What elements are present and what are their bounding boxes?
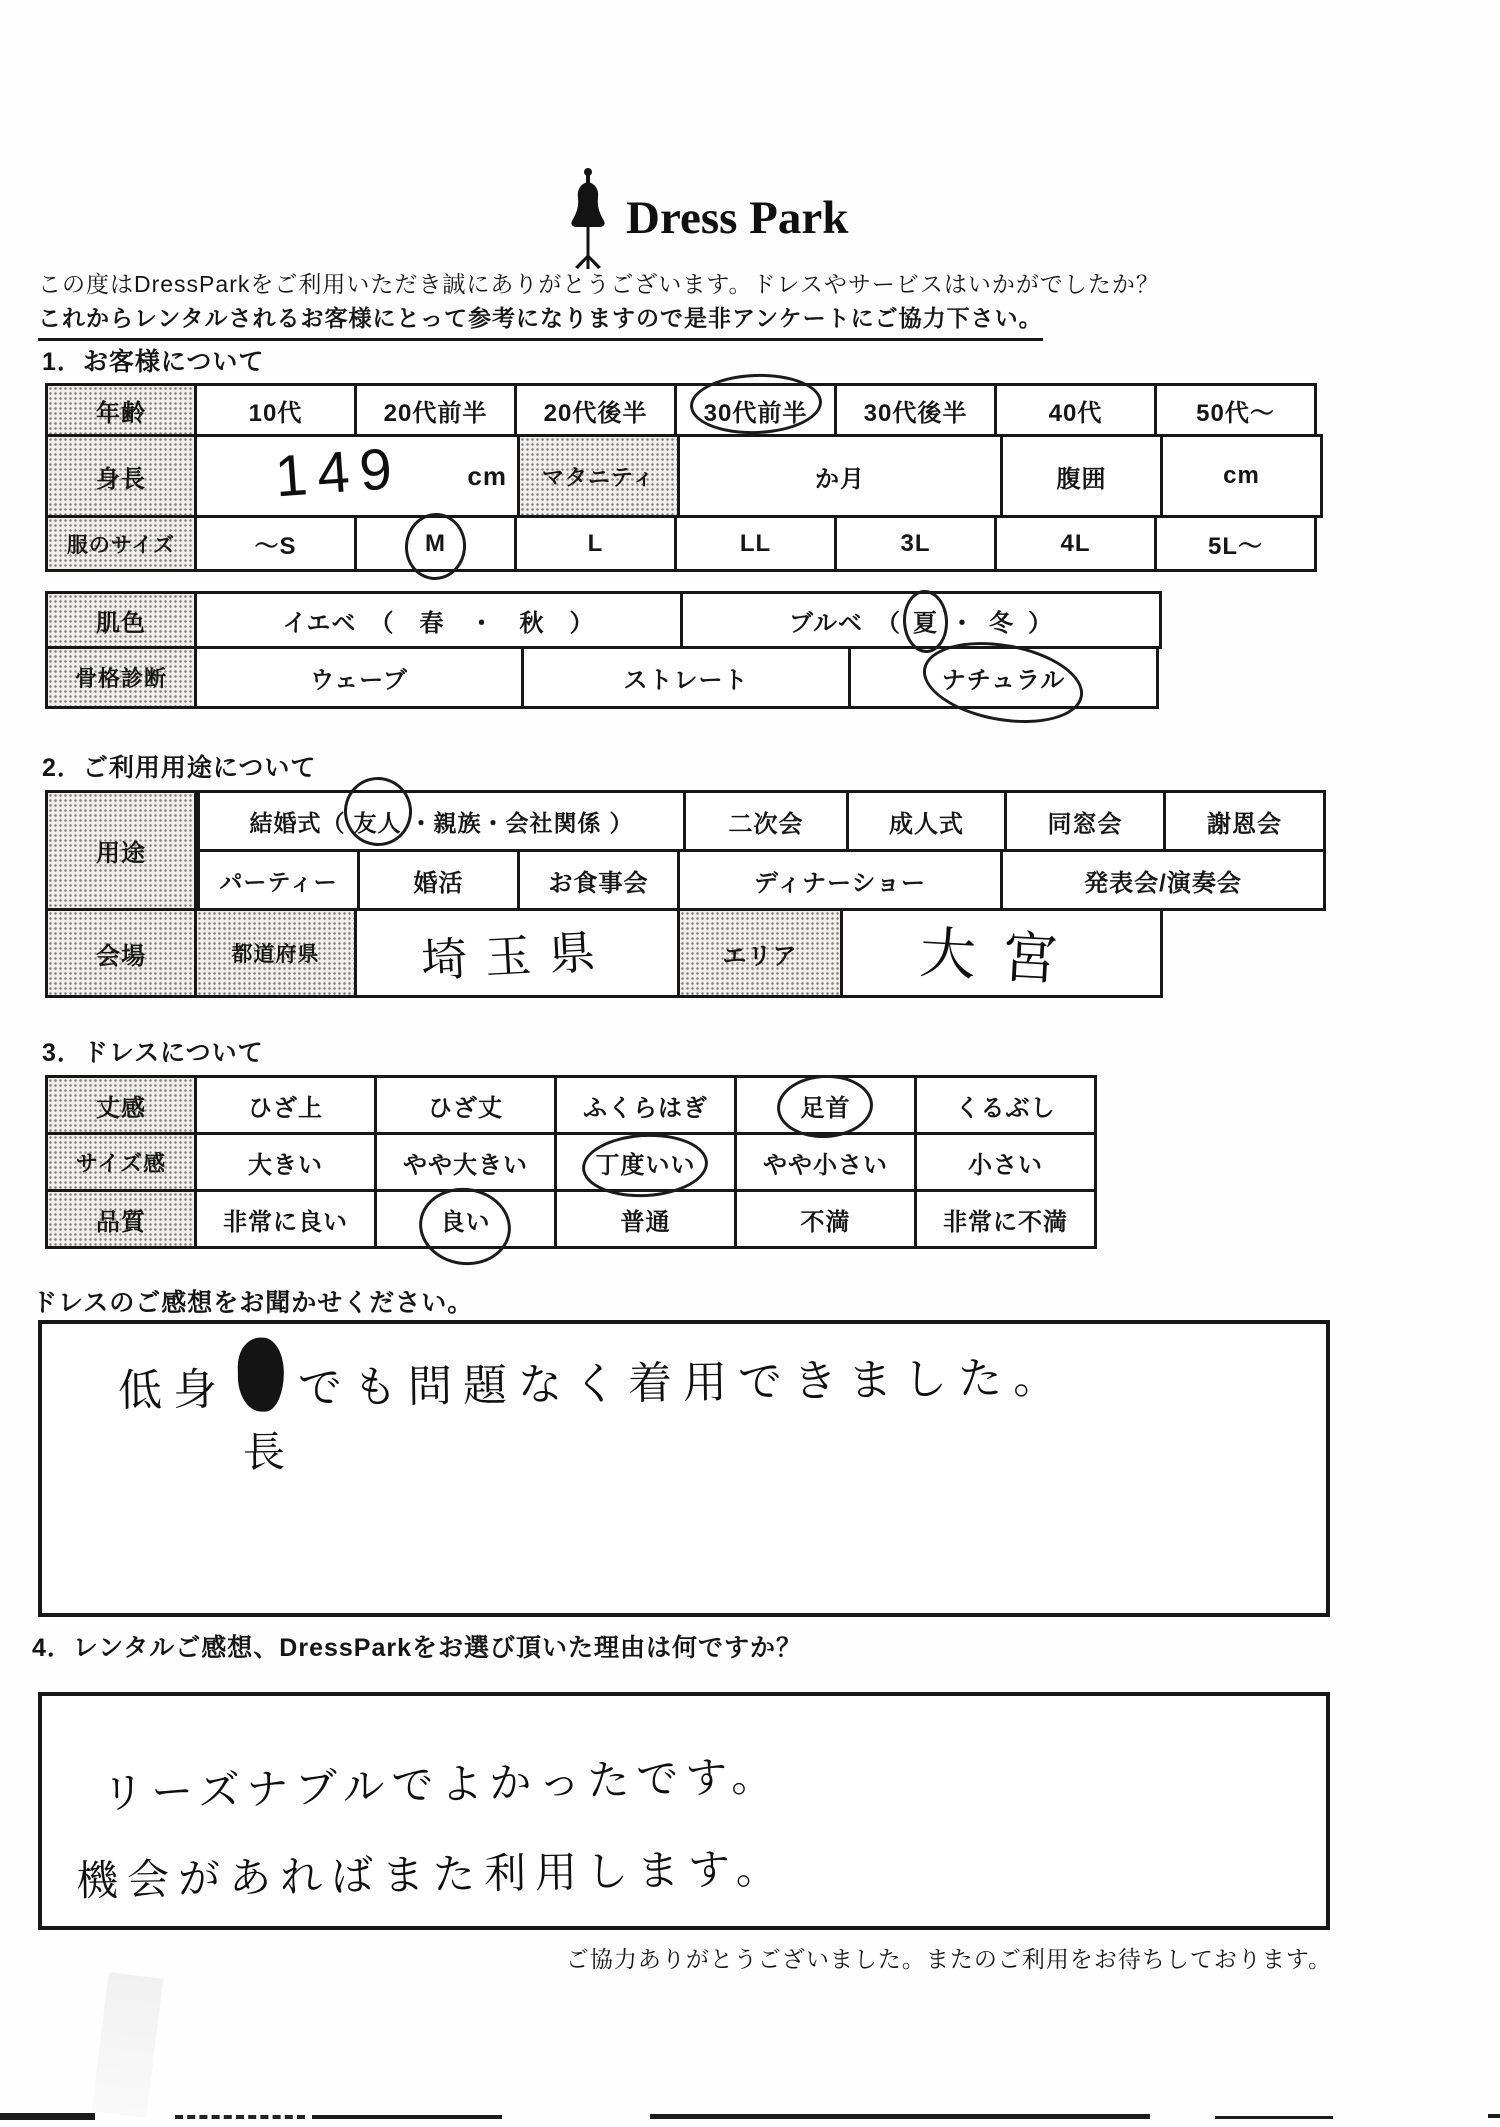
brand-logo: Dress Park [562, 166, 848, 270]
circled-summer-option: 夏 [913, 603, 938, 638]
size-row: 服のサイズ ～S M L LL 3L 4L 5L～ [45, 515, 1323, 572]
intro-line-2: これからレンタルされるお客様にとって参考になりますので是非アンケートにご協力下さ… [38, 300, 1043, 341]
option-label: 足首 [801, 1095, 851, 1122]
winter-option: 冬 [989, 603, 1014, 638]
feedback-prefix: 低身 [118, 1365, 229, 1416]
handwritten-rental-line-2: 機会があればまた利用します。 [76, 1836, 788, 1908]
brand-name: Dress Park [626, 191, 848, 245]
circled-frame-option: ナチュラル [942, 660, 1066, 695]
use-option-cell: お食事会 [517, 849, 680, 911]
section-2-title: 2．ご利用用途について [42, 748, 316, 784]
size-option-cell: L [514, 515, 677, 572]
use-option-cell: 二次会 [683, 790, 849, 852]
frame-option-cell: ストレート [521, 646, 851, 709]
maternity-months-cell: か月 [677, 434, 1003, 518]
age-header-cell: 年齢 [45, 383, 197, 437]
use-option-cell: 婚活 [357, 849, 520, 911]
option-label: 夏 [913, 610, 938, 637]
customer-table: 年齢 10代 20代前半 20代後半 30代前半 30代後半 40代 50代～ … [45, 383, 1323, 572]
fit-header-cell: サイズ感 [45, 1132, 197, 1192]
length-row: 丈感 ひざ上 ひざ丈 ふくらはぎ 足首 くるぶし [45, 1075, 1097, 1135]
circled-length-option: 足首 [801, 1088, 851, 1123]
age-option-cell: 30代後半 [834, 383, 997, 437]
area-value-cell: 大宮 [840, 908, 1163, 998]
option-label: M [425, 530, 446, 557]
purpose-row-1: 結婚式（ 友人 ・親族・会社関係 ） 二次会 成人式 同窓会 謝恩会 [197, 790, 1326, 852]
scanned-survey-form: Dress Park この度はDressParkをご利用いただき誠にありがとうご… [0, 0, 1500, 2127]
fit-option-cell: やや大きい [374, 1132, 557, 1192]
purpose-options: 結婚式（ 友人 ・親族・会社関係 ） 二次会 成人式 同窓会 謝恩会 パーティー [197, 790, 1326, 911]
frame-row: 骨格診断 ウェーブ ストレート ナチュラル [45, 646, 1162, 709]
use-option-cell: 謝恩会 [1163, 790, 1326, 852]
frame-option-cell: ウェーブ [194, 646, 524, 709]
scan-line-artifact [1215, 2116, 1333, 2119]
frame-option-cell-selected: ナチュラル [848, 646, 1159, 709]
scan-streak [92, 1972, 164, 2118]
use-option-cell: ディナーショー [677, 849, 1003, 911]
option-label: 友人 [354, 810, 402, 836]
intro-line-1: この度はDressParkをご利用いただき誠にありがとうございます。ドレスやサー… [38, 266, 1160, 299]
size-header-cell: 服のサイズ [45, 515, 197, 572]
area-label-cell: エリア [677, 908, 843, 998]
circled-fit-option: 丁度いい [596, 1145, 696, 1180]
size-option-cell: ～S [194, 515, 357, 572]
fit-option-cell: やや小さい [734, 1132, 917, 1192]
circled-quality-option: 良い [441, 1202, 491, 1237]
wedding-close: ） [610, 805, 634, 838]
height-row: 身長 149 cm マタニティ か月 腹囲 cm [45, 434, 1323, 518]
height-unit-label: cm [467, 461, 507, 492]
scan-line-artifact [312, 2115, 502, 2119]
use-option-cell: 同窓会 [1004, 790, 1166, 852]
circled-age-option: 30代前半 [704, 393, 808, 428]
use-option-cell: パーティー [197, 849, 360, 911]
size-option-cell: 3L [834, 515, 997, 572]
age-option-cell: 50代～ [1154, 383, 1317, 437]
quality-option-cell: 非常に不満 [914, 1189, 1097, 1249]
purpose-header-cell: 用途 [45, 790, 197, 911]
correction-text: 長 [243, 1419, 286, 1480]
use-option-cell: 発表会/演奏会 [1000, 849, 1326, 911]
age-row: 年齢 10代 20代前半 20代後半 30代前半 30代後半 40代 50代～ [45, 383, 1323, 437]
length-option-cell: ふくらはぎ [554, 1075, 737, 1135]
size-option-cell-selected: M [354, 515, 517, 572]
length-option-cell: くるぶし [914, 1075, 1097, 1135]
frame-header-cell: 骨格診断 [45, 646, 197, 709]
dress-table: 丈感 ひざ上 ひざ丈 ふくらはぎ 足首 くるぶし サイズ感 大きい やや大きい … [45, 1075, 1097, 1249]
wedding-rest: ・親族・会社関係 [410, 805, 602, 838]
size-option-cell: 5L～ [1154, 515, 1317, 572]
quality-row: 品質 非常に良い 良い 普通 不満 非常に不満 [45, 1189, 1097, 1249]
ink-blot [237, 1337, 284, 1412]
skin-blue-cell: ブルベ （ 夏 ・ 冬 ） [680, 591, 1162, 649]
scan-line-artifact [0, 2113, 95, 2120]
section-4-title: 4．レンタルご感想、DressParkをお選び頂いた理由は何ですか？ [32, 1628, 802, 1664]
option-label: 30代前半 [704, 400, 808, 427]
skin-frame-table: 肌色 イエベ （ 春 ・ 秋 ） ブルベ （ 夏 ・ 冬 ） 骨格診断 ウェーブ… [45, 591, 1162, 709]
feedback-rest: でも問題なく着用できました。 [298, 1353, 1069, 1413]
quality-option-cell: 普通 [554, 1189, 737, 1249]
fit-option-cell: 小さい [914, 1132, 1097, 1192]
section-1-title: 1．お客様について [42, 342, 264, 378]
size-option-cell: 4L [994, 515, 1157, 572]
handwritten-dress-feedback: 低身長でも問題なく着用できました。 [118, 1341, 1069, 1418]
dress-feedback-label: ドレスのご感想をお聞かせください。 [32, 1283, 473, 1319]
skin-yellow-cell: イエベ （ 春 ・ 秋 ） [194, 591, 683, 649]
age-option-cell-selected: 30代前半 [674, 383, 837, 437]
scan-line-artifact [175, 2115, 305, 2119]
quality-header-cell: 品質 [45, 1189, 197, 1249]
quality-option-cell-selected: 良い [374, 1189, 557, 1249]
wedding-prefix: 結婚式（ [250, 805, 346, 838]
circled-size-option: M [425, 530, 446, 558]
section-3-title: 3．ドレスについて [42, 1033, 264, 1069]
prefecture-label-cell: 都道府県 [194, 908, 357, 998]
fit-option-cell: 大きい [194, 1132, 377, 1192]
scan-line-artifact [1488, 2114, 1500, 2118]
age-option-cell: 20代前半 [354, 383, 517, 437]
handwritten-height-value: 149 [273, 435, 404, 511]
use-option-cell: 成人式 [846, 790, 1007, 852]
skin-row: 肌色 イエベ （ 春 ・ 秋 ） ブルベ （ 夏 ・ 冬 ） [45, 591, 1162, 649]
height-header-cell: 身長 [45, 434, 197, 518]
waist-unit-cell: cm [1160, 434, 1323, 518]
size-option-cell: LL [674, 515, 837, 572]
option-label: ナチュラル [942, 667, 1066, 694]
length-option-cell-selected: 足首 [734, 1075, 917, 1135]
fit-row: サイズ感 大きい やや大きい 丁度いい やや小さい 小さい [45, 1132, 1097, 1192]
skin-header-cell: 肌色 [45, 591, 197, 649]
height-value-cell: 149 cm [194, 434, 520, 518]
scan-line-artifact [650, 2114, 1150, 2119]
fit-option-cell-selected: 丁度いい [554, 1132, 737, 1192]
quality-option-cell: 非常に良い [194, 1189, 377, 1249]
close-paren: ） [1028, 603, 1053, 638]
purpose-block: 用途 結婚式（ 友人 ・親族・会社関係 ） 二次会 成人式 同窓会 [45, 790, 1326, 911]
dot-separator: ・ [950, 603, 975, 638]
wedding-cell: 結婚式（ 友人 ・親族・会社関係 ） [197, 790, 686, 852]
blue-prefix: ブルベ （ [789, 603, 901, 638]
handwritten-prefecture: 埼玉県 [419, 915, 614, 991]
option-label: 良い [441, 1209, 491, 1236]
footer-thanks: ご協力ありがとうございました。またのご利用をお待ちしております。 [0, 1941, 1332, 1974]
age-option-cell: 20代後半 [514, 383, 677, 437]
age-option-cell: 40代 [994, 383, 1157, 437]
venue-header-cell: 会場 [45, 908, 197, 998]
length-option-cell: ひざ丈 [374, 1075, 557, 1135]
prefecture-value-cell: 埼玉県 [354, 908, 680, 998]
length-header-cell: 丈感 [45, 1075, 197, 1135]
length-option-cell: ひざ上 [194, 1075, 377, 1135]
venue-row: 会場 都道府県 埼玉県 エリア 大宮 [45, 908, 1326, 998]
waist-label-cell: 腹囲 [1000, 434, 1163, 518]
option-label: 丁度いい [596, 1152, 696, 1179]
age-option-cell: 10代 [194, 383, 357, 437]
corrected-character: 長 [238, 1355, 289, 1416]
maternity-header-cell: マタニティ [517, 434, 680, 518]
circled-friend-option: 友人 [354, 805, 402, 838]
purpose-row-2: パーティー 婚活 お食事会 ディナーショー 発表会/演奏会 [197, 849, 1326, 911]
dress-form-icon [562, 166, 614, 270]
handwritten-area: 大宮 [918, 909, 1086, 997]
quality-option-cell: 不満 [734, 1189, 917, 1249]
usage-table: 用途 結婚式（ 友人 ・親族・会社関係 ） 二次会 成人式 同窓会 [45, 790, 1326, 998]
